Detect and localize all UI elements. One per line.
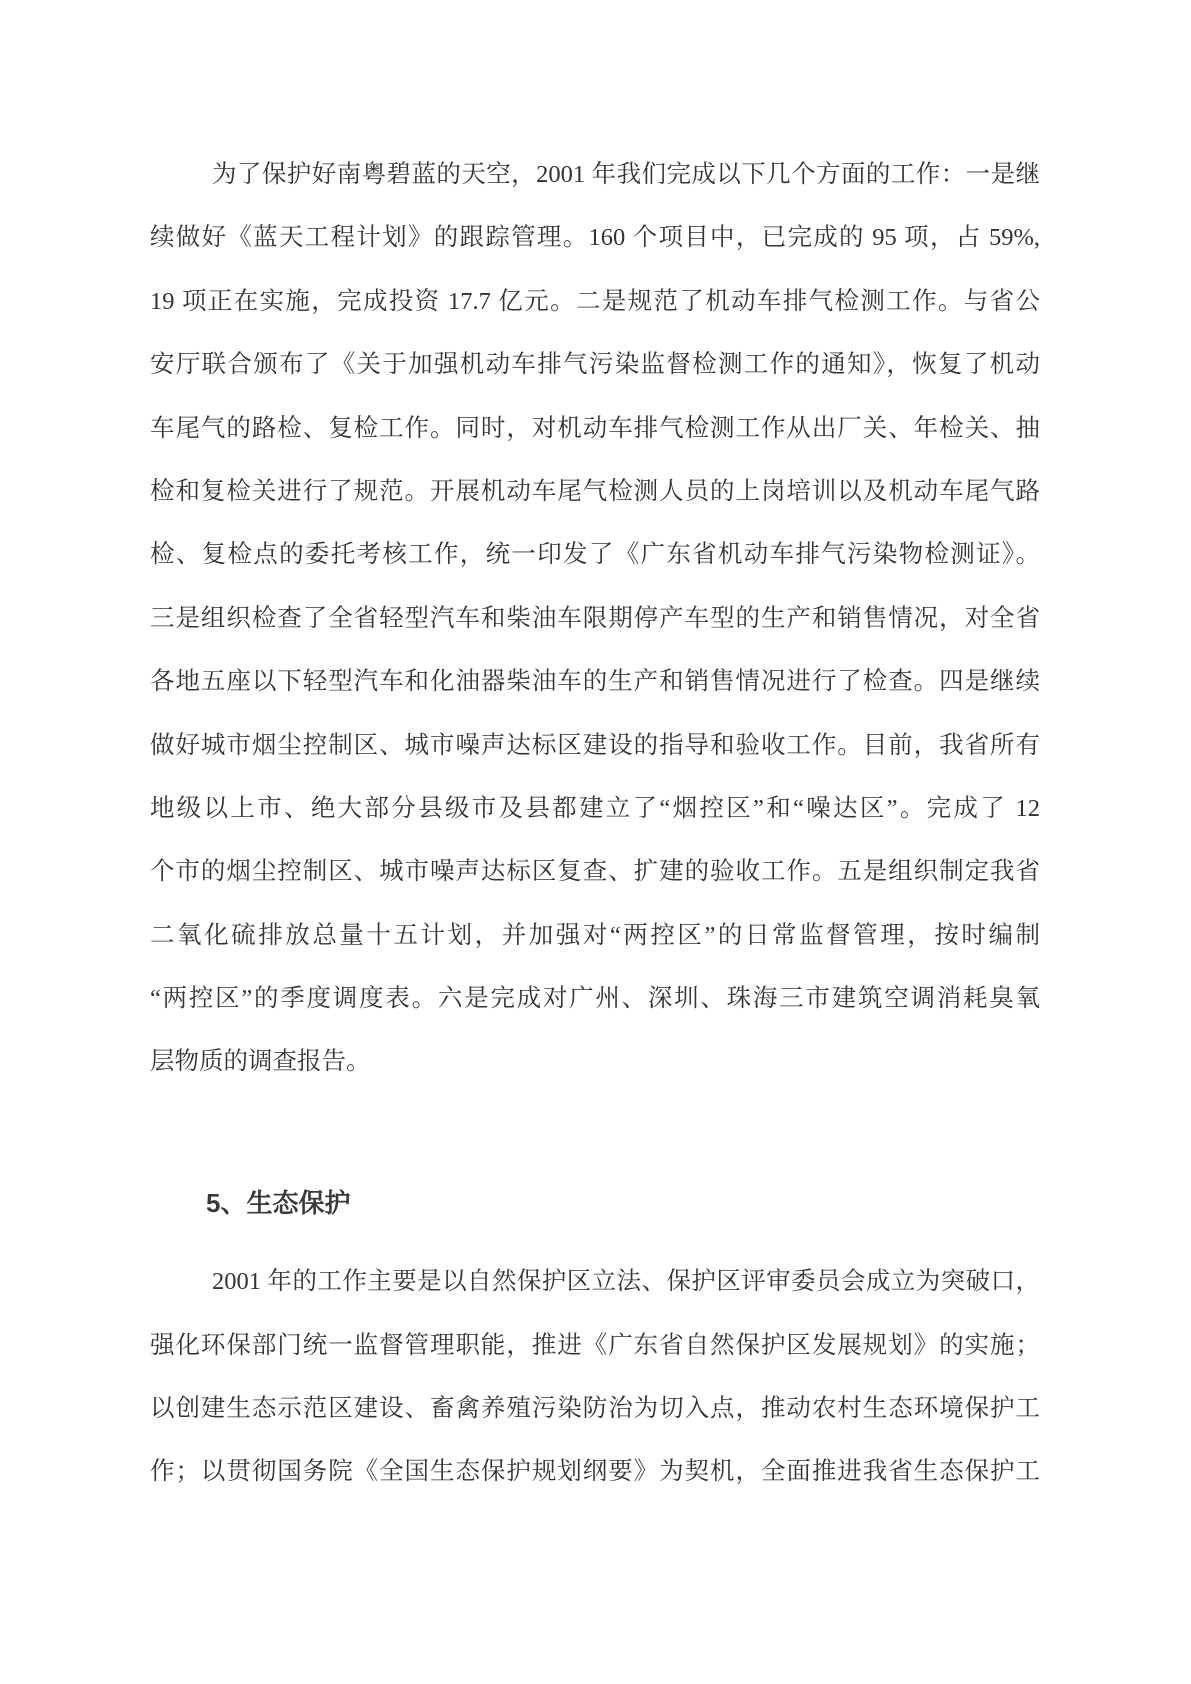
document-content: 为了保护好南粤碧蓝的天空，2001 年我们完成以下几个方面的工作：一是继 续做好… bbox=[0, 0, 1191, 1504]
paragraph-line: “两控区”的季度调度表。六是完成对广州、深圳、珠海三市建筑空调消耗臭氧 bbox=[150, 967, 1040, 1030]
section-heading-ecology: 5、生态保护 bbox=[150, 1172, 1040, 1235]
paragraph-air-protection: 为了保护好南粤碧蓝的天空，2001 年我们完成以下几个方面的工作：一是继 续做好… bbox=[150, 143, 1040, 1094]
paragraph-line: 19 项正在实施，完成投资 17.7 亿元。二是规范了机动车排气检测工作。与省公 bbox=[150, 270, 1040, 333]
paragraph-line: 车尾气的路检、复检工作。同时，对机动车排气检测工作从出厂关、年检关、抽 bbox=[150, 397, 1040, 460]
paragraph-line: 层物质的调查报告。 bbox=[150, 1030, 1040, 1093]
paragraph-line: 检、复检点的委托考核工作，统一印发了《广东省机动车排气污染物检测证》。 bbox=[150, 523, 1040, 586]
paragraph-line: 强化环保部门统一监督管理职能，推进《广东省自然保护区发展规划》的实施； bbox=[150, 1314, 1040, 1377]
paragraph-line: 地级以上市、绝大部分县级市及县都建立了“烟控区”和“噪达区”。完成了 12 bbox=[150, 777, 1040, 840]
paragraph-line: 以创建生态示范区建设、畜禽养殖污染防治为切入点，推动农村生态环境保护工 bbox=[150, 1377, 1040, 1440]
paragraph-line: 安厅联合颁布了《关于加强机动车排气污染监督检测工作的通知》，恢复了机动 bbox=[150, 333, 1040, 396]
paragraph-ecology-protection: 2001 年的工作主要是以自然保护区立法、保护区评审委员会成立为突破口， 强化环… bbox=[150, 1250, 1040, 1504]
paragraph-line: 为了保护好南粤碧蓝的天空，2001 年我们完成以下几个方面的工作：一是继 bbox=[150, 143, 1040, 206]
paragraph-line: 2001 年的工作主要是以自然保护区立法、保护区评审委员会成立为突破口， bbox=[150, 1250, 1040, 1313]
document-page: 为了保护好南粤碧蓝的天空，2001 年我们完成以下几个方面的工作：一是继 续做好… bbox=[0, 0, 1191, 1684]
paragraph-line: 各地五座以下轻型汽车和化油器柴油车的生产和销售情况进行了检查。四是继续 bbox=[150, 650, 1040, 713]
paragraph-line: 三是组织检查了全省轻型汽车和柴油车限期停产车型的生产和销售情况，对全省 bbox=[150, 587, 1040, 650]
paragraph-line: 二氧化硫排放总量十五计划，并加强对“两控区”的日常监督管理，按时编制 bbox=[150, 904, 1040, 967]
paragraph-line: 检和复检关进行了规范。开展机动车尾气检测人员的上岗培训以及机动车尾气路 bbox=[150, 460, 1040, 523]
paragraph-line: 作；以贯彻国务院《全国生态保护规划纲要》为契机，全面推进我省生态保护工 bbox=[150, 1440, 1040, 1503]
paragraph-line: 续做好《蓝天工程计划》的跟踪管理。160 个项目中，已完成的 95 项，占 59… bbox=[150, 206, 1040, 269]
paragraph-line: 个市的烟尘控制区、城市噪声达标区复查、扩建的验收工作。五是组织制定我省 bbox=[150, 840, 1040, 903]
paragraph-line: 做好城市烟尘控制区、城市噪声达标区建设的指导和验收工作。目前，我省所有 bbox=[150, 714, 1040, 777]
